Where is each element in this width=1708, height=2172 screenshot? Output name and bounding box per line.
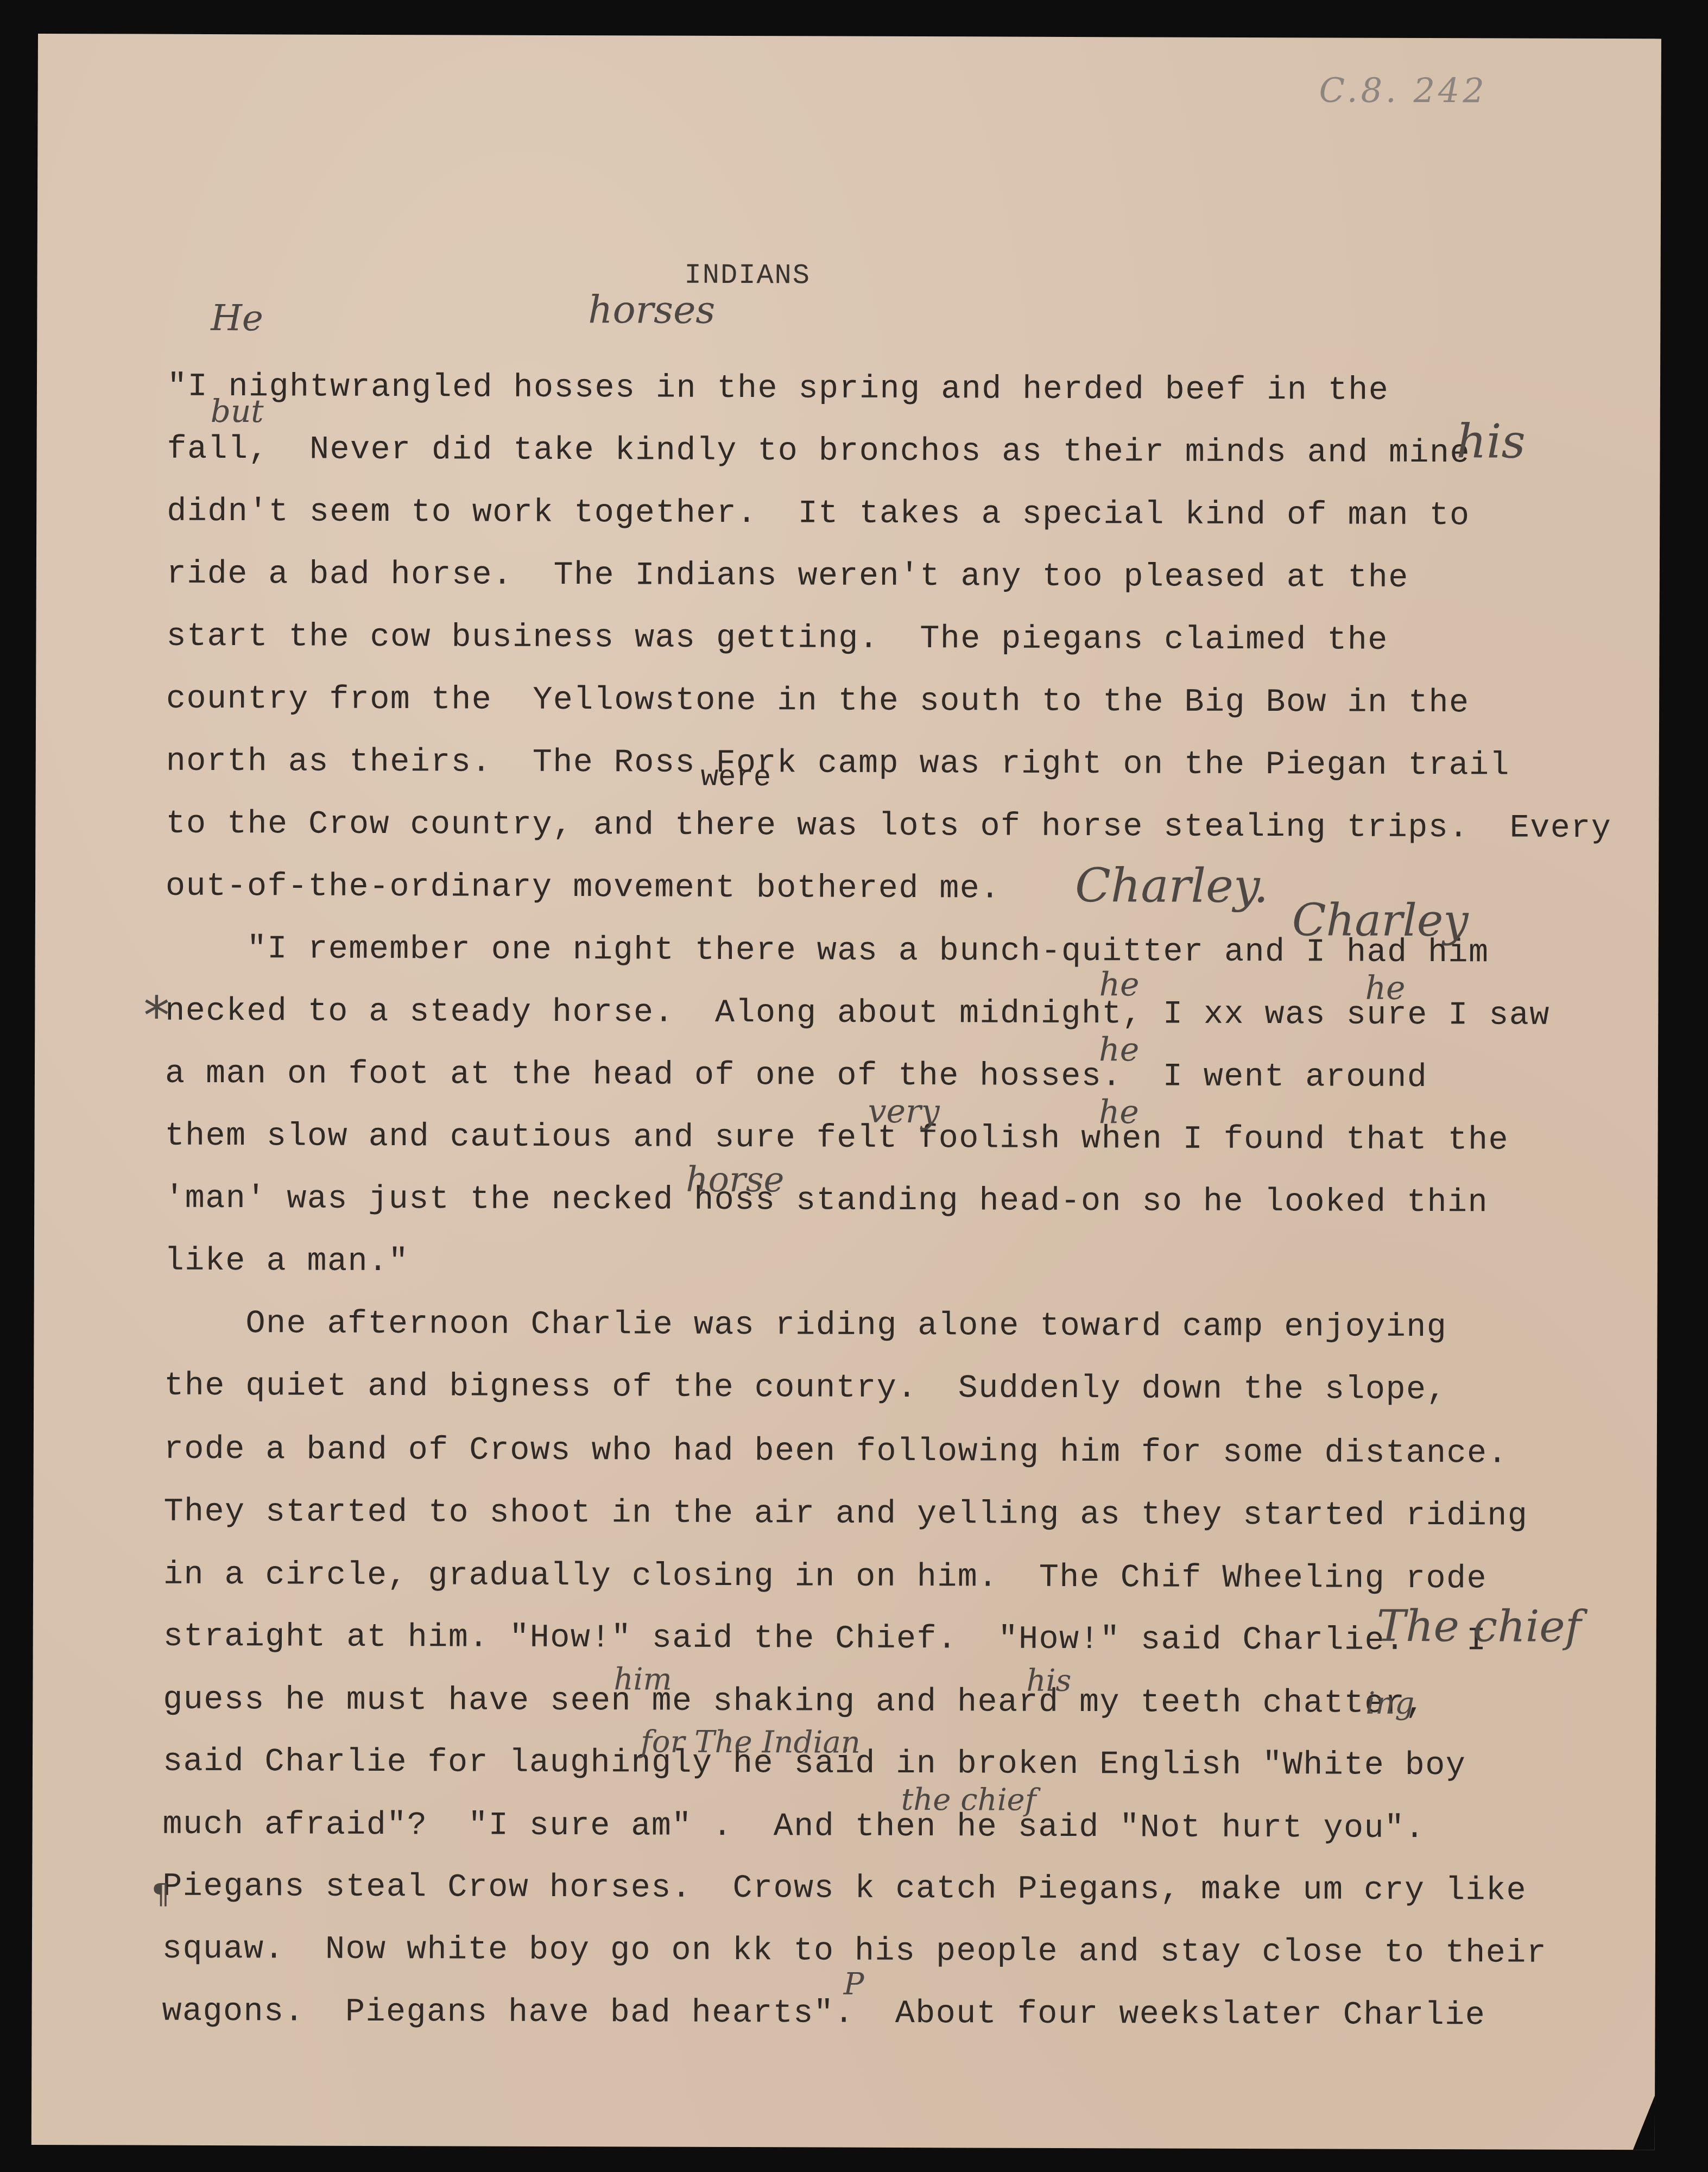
annotation-the-chief-1: The chief xyxy=(1377,1605,1582,1649)
typed-line: the quiet and bigness of the country. Su… xyxy=(164,1370,1447,1406)
typed-line: wagons. Piegans have bad hearts". About … xyxy=(162,1996,1485,2032)
torn-corner xyxy=(1633,2095,1655,2150)
typed-line: One afternoon Charlie was riding alone t… xyxy=(164,1308,1447,1344)
asterisk-margin-mark: * xyxy=(143,990,169,1042)
annotation-charley-1: Charley. xyxy=(1075,862,1269,910)
annotation-charley-2: Charley xyxy=(1292,898,1469,943)
typed-line: 'man' was just the necked hoss standing … xyxy=(165,1183,1488,1220)
typed-line: like a man." xyxy=(165,1245,409,1278)
page-title: INDIANS xyxy=(685,260,811,292)
typed-line: country from the Yellowstone in the sout… xyxy=(166,683,1470,720)
annotation-but: but xyxy=(211,395,264,427)
annotation-very: very xyxy=(868,1095,940,1128)
typed-line: "I remember one night there was a bunch-… xyxy=(166,933,1489,970)
typed-line: Piegans steal Crow horses. Crows k catch… xyxy=(162,1871,1527,1908)
annotation-for-the-indian: for The Indian xyxy=(641,1727,861,1758)
annotation-his-2: his xyxy=(1026,1666,1071,1696)
annotation-him: him xyxy=(613,1664,672,1695)
typed-line: straight at him. "How!" said the Chief. … xyxy=(163,1621,1487,1658)
annotation-he-2: he xyxy=(1365,972,1405,1005)
annotation-the-chief-2: the chief xyxy=(901,1785,1036,1816)
typed-line: ride a bad horse. The Indians weren't an… xyxy=(167,558,1409,595)
annotation-he-3: he xyxy=(1099,1033,1139,1066)
typed-line: start the cow business was getting. The … xyxy=(166,621,1388,657)
typed-line: to the Crow country, and there was lots … xyxy=(166,808,1611,845)
annotation-horses: horses xyxy=(588,291,715,329)
annotation-he: He xyxy=(211,300,263,336)
typed-line: fall, Never did take kindly to bronchos … xyxy=(167,433,1471,470)
annotation-horse: horse xyxy=(686,1163,784,1198)
typed-insert-were: were xyxy=(701,763,771,793)
typed-body: "I nightwrangled hosses in the spring an… xyxy=(38,34,1661,39)
paragraph-mark: ¶ xyxy=(151,1880,169,1909)
typed-line: in a circle, gradually closing in on him… xyxy=(163,1559,1487,1596)
typed-line: them slow and cautious and sure felt foo… xyxy=(165,1120,1509,1157)
annotation-ing: ing xyxy=(1365,1689,1414,1719)
typed-line: They started to shoot in the air and yel… xyxy=(163,1496,1528,1533)
annotation-his: his xyxy=(1457,418,1526,465)
annotation-paragraph-p: P xyxy=(844,1969,864,2000)
typed-line: "I nightwrangled hosses in the spring an… xyxy=(167,371,1389,407)
typed-line: a man on foot at the head of one of the … xyxy=(165,1058,1428,1094)
typed-line: necked to a steady horse. Along about mi… xyxy=(165,995,1550,1032)
catalog-number: C.8. 242 xyxy=(1319,70,1488,110)
typed-line: didn't seem to work together. It takes a… xyxy=(167,496,1470,533)
typed-line: much afraid"? "I sure am" . And then he … xyxy=(163,1809,1426,1845)
manuscript-page: C.8. 242 INDIANS "I nightwrangled hosses… xyxy=(31,34,1661,2150)
typed-line: rode a band of Crows who had been follow… xyxy=(164,1434,1508,1470)
typed-line: north as theirs. The Ross Fork camp was … xyxy=(166,746,1510,782)
typed-line: squaw. Now white boy go on kk to his peo… xyxy=(162,1933,1547,1970)
annotation-he-4: he xyxy=(1099,1096,1139,1128)
annotation-he-1: he xyxy=(1099,968,1139,1001)
typed-line: out-of-the-ordinary movement bothered me… xyxy=(166,870,1001,906)
typed-line: guess he must have seen me shaking and h… xyxy=(163,1684,1426,1720)
